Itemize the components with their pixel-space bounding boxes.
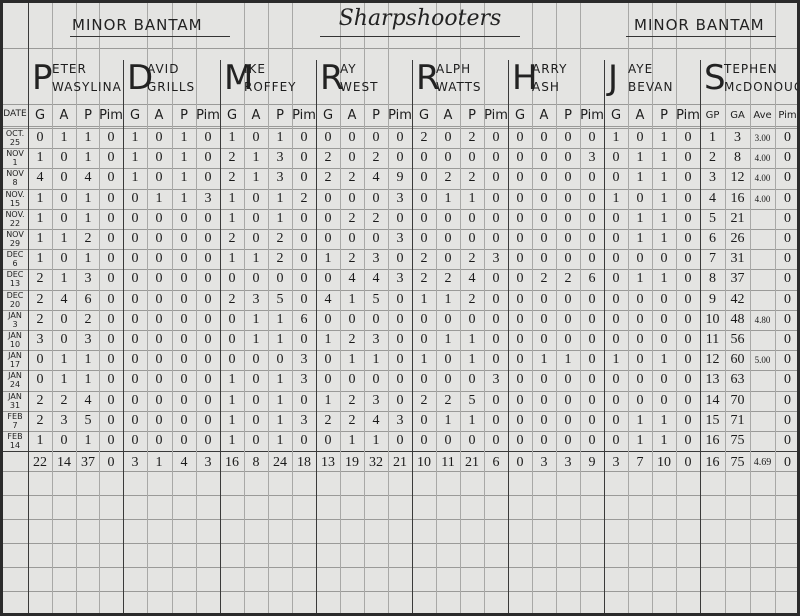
- stat-cell: 0: [244, 269, 268, 289]
- date-cell: NOV29: [0, 230, 30, 248]
- stat-cell: 0: [676, 330, 700, 350]
- stat-cell: 0: [123, 411, 147, 431]
- date-cell: JAN3: [0, 311, 30, 329]
- stat-cell: 4: [28, 168, 52, 188]
- column-header: A: [147, 106, 171, 126]
- stat-cell: 2: [364, 209, 388, 229]
- stat-cell: 1: [172, 168, 196, 188]
- stat-cell: 1: [76, 148, 100, 168]
- stat-cell: 0: [196, 128, 220, 148]
- stat-cell: 1: [220, 128, 244, 148]
- stat-cell: 6: [700, 229, 725, 249]
- stat-cell: 0: [147, 128, 171, 148]
- stat-cell: 0: [775, 310, 800, 330]
- stat-cell: 0: [292, 128, 316, 148]
- stat-cell: 0: [556, 249, 580, 269]
- stat-cell: 1: [76, 189, 100, 209]
- stat-cell: 0: [580, 189, 604, 209]
- player-initial: S: [704, 60, 726, 96]
- stat-cell: 0: [316, 189, 340, 209]
- player-last-name: ROFFEY: [244, 80, 297, 94]
- stat-cell: 12: [725, 168, 750, 188]
- column-header: P: [172, 106, 196, 126]
- total-cell: 37: [76, 453, 100, 473]
- stat-cell: 0: [484, 229, 508, 249]
- player-name: PETERWASYLINA: [30, 58, 121, 104]
- stat-cell: 0: [316, 229, 340, 249]
- stat-cell: 1: [244, 330, 268, 350]
- stat-cell: 0: [532, 128, 556, 148]
- stat-cell: 2: [292, 189, 316, 209]
- stat-cell: 3: [292, 350, 316, 370]
- stat-cell: 2: [460, 168, 484, 188]
- stat-cell: 0: [604, 290, 628, 310]
- total-cell: 0: [676, 453, 700, 473]
- stat-cell: 0: [580, 330, 604, 350]
- column-header: P: [76, 106, 100, 126]
- stat-cell: 0: [532, 168, 556, 188]
- grid-rule: [0, 519, 800, 520]
- stat-cell: 1: [220, 411, 244, 431]
- stat-cell: 1: [316, 391, 340, 411]
- stat-cell: 1: [268, 431, 292, 451]
- stat-cell: 0: [388, 290, 412, 310]
- stat-cell: 0: [580, 128, 604, 148]
- stat-cell: 1: [28, 229, 52, 249]
- stat-cell: 2: [700, 148, 725, 168]
- stat-cell: 0: [775, 249, 800, 269]
- stat-cell: 2: [436, 168, 460, 188]
- stat-cell: 0: [99, 189, 123, 209]
- column-header: Ave: [750, 106, 775, 126]
- stat-cell: 2: [28, 411, 52, 431]
- player-initial: P: [32, 60, 53, 96]
- stat-cell: 4.00: [750, 168, 775, 188]
- stat-cell: 0: [340, 189, 364, 209]
- stat-cell: 0: [388, 209, 412, 229]
- stat-cell: 0: [412, 168, 436, 188]
- stat-cell: 1: [604, 189, 628, 209]
- stat-cell: 0: [484, 431, 508, 451]
- stat-cell: 0: [436, 148, 460, 168]
- stat-cell: 0: [532, 391, 556, 411]
- stat-cell: 2: [316, 168, 340, 188]
- stat-cell: 0: [652, 249, 676, 269]
- total-cell: 3: [196, 453, 220, 473]
- stat-cell: 1: [52, 370, 76, 390]
- column-header: Pim: [388, 106, 412, 126]
- total-cell: 0: [775, 453, 800, 473]
- stat-cell: 0: [508, 391, 532, 411]
- stat-cell: 1: [268, 209, 292, 229]
- stat-cell: 1: [52, 128, 76, 148]
- stat-cell: 0: [244, 209, 268, 229]
- stat-cell: 3: [76, 269, 100, 289]
- total-cell: 9: [580, 453, 604, 473]
- stat-cell: 0: [604, 148, 628, 168]
- column-header: P: [652, 106, 676, 126]
- stat-cell: [750, 249, 775, 269]
- total-cell: 8: [244, 453, 268, 473]
- stat-cell: 1: [76, 431, 100, 451]
- stat-cell: 0: [147, 148, 171, 168]
- stat-cell: 1: [52, 229, 76, 249]
- stat-cell: 3: [292, 411, 316, 431]
- total-cell: 16: [700, 453, 725, 473]
- date-cell: DEC20: [0, 291, 30, 309]
- total-cell: 4.69: [750, 453, 775, 473]
- stat-cell: 1: [652, 189, 676, 209]
- stat-cell: 0: [28, 370, 52, 390]
- stat-cell: 0: [628, 330, 652, 350]
- stat-cell: 2: [316, 411, 340, 431]
- stat-cell: 0: [364, 189, 388, 209]
- stat-cell: 0: [652, 310, 676, 330]
- divider: [320, 36, 520, 37]
- stat-cell: 0: [99, 391, 123, 411]
- stat-cell: 1: [700, 128, 725, 148]
- stat-cell: 0: [196, 290, 220, 310]
- stat-cell: 0: [484, 168, 508, 188]
- stat-cell: 0: [484, 209, 508, 229]
- stat-cell: 1: [76, 249, 100, 269]
- stat-cell: 1: [436, 189, 460, 209]
- stat-cell: 0: [388, 391, 412, 411]
- column-header: A: [532, 106, 556, 126]
- stat-cell: 0: [28, 350, 52, 370]
- stat-cell: 2: [460, 290, 484, 310]
- stat-cell: 1: [364, 431, 388, 451]
- stat-cell: 0: [292, 431, 316, 451]
- stat-cell: 0: [484, 269, 508, 289]
- stat-cell: 0: [556, 209, 580, 229]
- stat-cell: 0: [99, 431, 123, 451]
- stat-cell: 0: [436, 209, 460, 229]
- stat-cell: 1: [244, 249, 268, 269]
- stat-cell: 2: [532, 269, 556, 289]
- stat-cell: 0: [388, 350, 412, 370]
- team-division-label-left: MINOR BANTAM: [72, 16, 203, 34]
- stat-cell: 0: [580, 370, 604, 390]
- stat-cell: 0: [532, 310, 556, 330]
- stat-cell: 0: [52, 249, 76, 269]
- date-cell: NOV8: [0, 169, 30, 187]
- stat-cell: 1: [123, 128, 147, 148]
- stat-cell: 1: [28, 431, 52, 451]
- stat-cell: 5: [76, 411, 100, 431]
- stat-cell: 0: [99, 249, 123, 269]
- stat-cell: 3: [292, 370, 316, 390]
- stat-cell: 0: [340, 148, 364, 168]
- stat-cell: 1: [652, 229, 676, 249]
- stat-cell: 0: [628, 290, 652, 310]
- stat-cell: 0: [99, 290, 123, 310]
- stat-cell: 0: [220, 269, 244, 289]
- stat-cell: 0: [147, 209, 171, 229]
- total-cell: 24: [268, 453, 292, 473]
- stat-cell: 4: [364, 411, 388, 431]
- total-cell: 13: [316, 453, 340, 473]
- stat-cell: 1: [604, 128, 628, 148]
- stat-cell: 0: [412, 330, 436, 350]
- stat-cell: 1: [628, 148, 652, 168]
- stat-cell: 1: [460, 330, 484, 350]
- stat-cell: 0: [52, 310, 76, 330]
- player-first-name: TEPHEN: [724, 62, 778, 76]
- total-cell: 22: [28, 453, 52, 473]
- stat-cell: 6: [292, 310, 316, 330]
- stat-cell: 0: [628, 370, 652, 390]
- stat-cell: 0: [412, 148, 436, 168]
- stat-cell: 9: [388, 168, 412, 188]
- stat-cell: 0: [532, 330, 556, 350]
- stat-cell: 1: [412, 350, 436, 370]
- stat-cell: 0: [556, 148, 580, 168]
- stat-cell: 3: [364, 330, 388, 350]
- total-cell: 3: [604, 453, 628, 473]
- stat-cell: 0: [580, 411, 604, 431]
- stat-cell: 2: [340, 249, 364, 269]
- stat-cell: 1: [628, 229, 652, 249]
- player-last-name: McDONOUGH: [724, 80, 800, 94]
- stat-cell: 0: [220, 310, 244, 330]
- stat-cell: 0: [604, 269, 628, 289]
- player-name: DAVIDGRILLS: [125, 58, 218, 104]
- stat-cell: 0: [52, 330, 76, 350]
- stat-cell: 0: [556, 229, 580, 249]
- stat-cell: 0: [652, 370, 676, 390]
- stat-cell: 0: [484, 310, 508, 330]
- stat-cell: 3: [580, 148, 604, 168]
- stat-cell: 0: [172, 229, 196, 249]
- stat-cell: 0: [580, 168, 604, 188]
- stat-cell: 0: [292, 330, 316, 350]
- stat-cell: 0: [508, 209, 532, 229]
- stat-cell: 0: [676, 229, 700, 249]
- stat-cell: 15: [700, 411, 725, 431]
- stat-cell: 1: [28, 148, 52, 168]
- date-cell: FEB7: [0, 412, 30, 430]
- stat-cell: 0: [340, 229, 364, 249]
- total-cell: 1: [147, 453, 171, 473]
- column-header: G: [316, 106, 340, 126]
- stat-cell: 0: [532, 189, 556, 209]
- stat-cell: 0: [532, 229, 556, 249]
- stat-cell: 1: [436, 330, 460, 350]
- stat-cell: 0: [268, 350, 292, 370]
- stat-cell: 0: [532, 148, 556, 168]
- stat-cell: 0: [196, 411, 220, 431]
- total-cell: 10: [652, 453, 676, 473]
- stat-cell: 6: [580, 269, 604, 289]
- stat-cell: 0: [460, 370, 484, 390]
- stat-cell: 0: [316, 431, 340, 451]
- stat-cell: 0: [775, 290, 800, 310]
- stat-cell: 0: [388, 128, 412, 148]
- stat-cell: 0: [604, 411, 628, 431]
- grid-rule: [0, 543, 800, 544]
- stat-cell: 1: [364, 350, 388, 370]
- stat-cell: 1: [52, 350, 76, 370]
- stat-cell: 0: [775, 209, 800, 229]
- column-header: A: [244, 106, 268, 126]
- stat-cell: 0: [123, 431, 147, 451]
- stat-cell: 2: [340, 330, 364, 350]
- stat-cell: 2: [76, 310, 100, 330]
- stat-cell: 16: [725, 189, 750, 209]
- stat-cell: 0: [628, 391, 652, 411]
- stat-cell: 0: [508, 249, 532, 269]
- stat-cell: 2: [460, 249, 484, 269]
- stat-cell: 0: [292, 391, 316, 411]
- total-cell: 75: [725, 453, 750, 473]
- stat-cell: 3: [388, 229, 412, 249]
- stat-cell: 2: [268, 249, 292, 269]
- stat-cell: 75: [725, 431, 750, 451]
- stat-cell: 1: [340, 350, 364, 370]
- stat-cell: 0: [556, 431, 580, 451]
- stat-cell: 0: [532, 411, 556, 431]
- stat-cell: 1: [172, 148, 196, 168]
- stat-cell: 2: [436, 269, 460, 289]
- stat-cell: 5: [268, 290, 292, 310]
- stat-cell: 0: [388, 370, 412, 390]
- stat-cell: 0: [532, 290, 556, 310]
- column-header: P: [268, 106, 292, 126]
- stat-cell: 2: [340, 411, 364, 431]
- player-name: JAYEBEVAN: [606, 58, 698, 104]
- stat-cell: 0: [532, 249, 556, 269]
- stat-cell: 0: [556, 391, 580, 411]
- stat-cell: 0: [123, 290, 147, 310]
- stat-cell: 3: [484, 249, 508, 269]
- stat-cell: 2: [412, 249, 436, 269]
- date-cell: FEB14: [0, 432, 30, 450]
- stat-cell: 0: [147, 330, 171, 350]
- stat-cell: 1: [652, 431, 676, 451]
- player-last-name: WEST: [340, 80, 378, 94]
- stat-cell: 0: [775, 370, 800, 390]
- stat-cell: 71: [725, 411, 750, 431]
- stat-cell: 3.00: [750, 128, 775, 148]
- grid-rule: [0, 48, 800, 49]
- stat-cell: 0: [196, 330, 220, 350]
- stat-cell: [750, 431, 775, 451]
- stat-cell: 4: [340, 269, 364, 289]
- player-name: HARRYASH: [510, 58, 602, 104]
- stat-cell: 0: [388, 249, 412, 269]
- stat-cell: 9: [700, 290, 725, 310]
- stat-cell: 2: [412, 128, 436, 148]
- stat-cell: 0: [436, 128, 460, 148]
- stat-cell: 0: [244, 350, 268, 370]
- stat-cell: 0: [652, 330, 676, 350]
- player-first-name: ETER: [52, 62, 87, 76]
- stat-cell: 11: [700, 330, 725, 350]
- stat-cell: 3: [268, 168, 292, 188]
- divider: [626, 36, 776, 37]
- stat-cell: 2: [76, 229, 100, 249]
- stat-cell: 26: [725, 229, 750, 249]
- stat-cell: 1: [220, 391, 244, 411]
- stat-cell: 0: [244, 229, 268, 249]
- stat-cell: 1: [28, 209, 52, 229]
- stat-cell: 3: [76, 330, 100, 350]
- stat-cell: 1: [652, 350, 676, 370]
- stat-cell: 2: [316, 148, 340, 168]
- stat-cell: 0: [196, 370, 220, 390]
- stat-cell: 0: [123, 249, 147, 269]
- stat-cell: 0: [268, 269, 292, 289]
- stat-cell: 0: [508, 431, 532, 451]
- stat-cell: 0: [556, 189, 580, 209]
- stat-cell: 0: [484, 189, 508, 209]
- stat-cell: 0: [556, 128, 580, 148]
- stat-cell: 3: [28, 330, 52, 350]
- stat-cell: 1: [172, 189, 196, 209]
- stat-cell: 0: [508, 168, 532, 188]
- total-cell: 3: [556, 453, 580, 473]
- date-cell: JAN10: [0, 331, 30, 349]
- stat-cell: 0: [508, 330, 532, 350]
- stat-cell: 1: [628, 431, 652, 451]
- stat-cell: 0: [676, 168, 700, 188]
- stat-cell: 0: [508, 189, 532, 209]
- stat-cell: 0: [436, 350, 460, 370]
- stat-cell: 0: [172, 269, 196, 289]
- stat-cell: 0: [99, 168, 123, 188]
- total-cell: 11: [436, 453, 460, 473]
- player-last-name: WASYLINA: [52, 80, 122, 94]
- stat-cell: 2: [340, 391, 364, 411]
- column-header: P: [364, 106, 388, 126]
- stat-cell: 0: [220, 330, 244, 350]
- stat-cell: 0: [628, 310, 652, 330]
- stat-cell: 0: [172, 330, 196, 350]
- stat-cell: 1: [220, 431, 244, 451]
- stat-cell: 0: [172, 370, 196, 390]
- stat-cell: 4: [460, 269, 484, 289]
- stat-cell: 4.80: [750, 310, 775, 330]
- stat-cell: 2: [220, 290, 244, 310]
- player-first-name: IKE: [244, 62, 266, 76]
- stat-cell: 0: [292, 229, 316, 249]
- stat-cell: [750, 370, 775, 390]
- stat-cell: 0: [147, 269, 171, 289]
- stat-cell: 0: [580, 350, 604, 370]
- date-cell: NOV1: [0, 149, 30, 167]
- stat-cell: 0: [388, 431, 412, 451]
- stat-cell: 3: [388, 411, 412, 431]
- stat-cell: 2: [364, 148, 388, 168]
- stat-cell: 0: [99, 310, 123, 330]
- column-header: Pim: [676, 106, 700, 126]
- stat-cell: 0: [775, 330, 800, 350]
- stat-cell: 0: [775, 391, 800, 411]
- stat-cell: 1: [460, 189, 484, 209]
- total-cell: 19: [340, 453, 364, 473]
- stat-cell: 2: [52, 391, 76, 411]
- stat-cell: 3: [364, 391, 388, 411]
- stat-cell: 0: [364, 128, 388, 148]
- stat-cell: 1: [268, 310, 292, 330]
- stat-cell: 0: [508, 350, 532, 370]
- stat-cell: 0: [147, 411, 171, 431]
- column-header: P: [556, 106, 580, 126]
- grid-rule: [0, 567, 800, 568]
- stat-cell: 0: [604, 391, 628, 411]
- stat-cell: 0: [147, 431, 171, 451]
